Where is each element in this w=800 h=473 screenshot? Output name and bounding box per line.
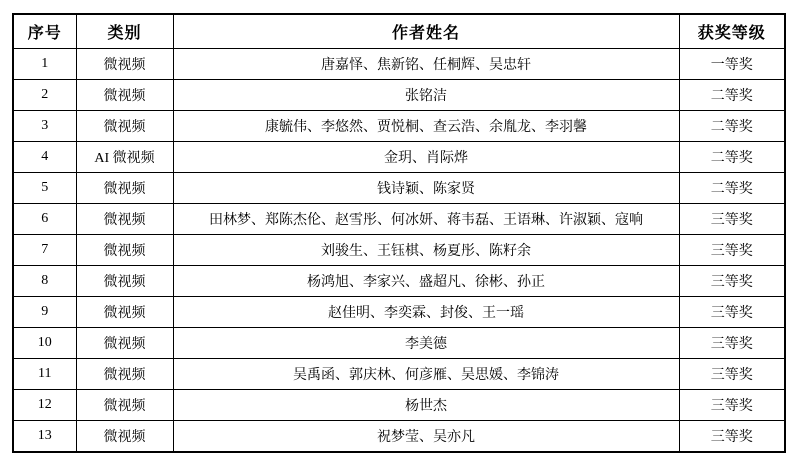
cell-category: AI 微视频 xyxy=(76,142,173,173)
table-row: 4AI 微视频金玥、肖际烨二等奖 xyxy=(13,142,785,173)
cell-authors: 唐嘉怿、焦新铭、任桐辉、吴忠轩 xyxy=(173,49,679,80)
table-row: 10微视频李美德三等奖 xyxy=(13,328,785,359)
cell-award: 二等奖 xyxy=(679,111,785,142)
table-row: 6微视频田林梦、郑陈杰伦、赵雪彤、何冰妍、蒋韦磊、王语琳、许淑颖、寇响三等奖 xyxy=(13,204,785,235)
cell-award: 二等奖 xyxy=(679,173,785,204)
cell-award: 三等奖 xyxy=(679,328,785,359)
cell-category: 微视频 xyxy=(76,421,173,453)
table-row: 1微视频唐嘉怿、焦新铭、任桐辉、吴忠轩一等奖 xyxy=(13,49,785,80)
cell-no: 5 xyxy=(13,173,76,204)
cell-authors: 李美德 xyxy=(173,328,679,359)
cell-category: 微视频 xyxy=(76,111,173,142)
cell-authors: 张铭洁 xyxy=(173,80,679,111)
column-header-award: 获奖等级 xyxy=(679,14,785,49)
cell-authors: 金玥、肖际烨 xyxy=(173,142,679,173)
table-row: 2微视频张铭洁二等奖 xyxy=(13,80,785,111)
table-body: 1微视频唐嘉怿、焦新铭、任桐辉、吴忠轩一等奖2微视频张铭洁二等奖3微视频康毓伟、… xyxy=(13,49,785,453)
table-row: 13微视频祝梦莹、吴亦凡三等奖 xyxy=(13,421,785,453)
cell-no: 3 xyxy=(13,111,76,142)
cell-award: 三等奖 xyxy=(679,390,785,421)
cell-award: 二等奖 xyxy=(679,80,785,111)
cell-award: 三等奖 xyxy=(679,359,785,390)
column-header-no: 序号 xyxy=(13,14,76,49)
cell-no: 7 xyxy=(13,235,76,266)
table-row: 8微视频杨鸿旭、李家兴、盛超凡、徐彬、孙正三等奖 xyxy=(13,266,785,297)
cell-authors: 钱诗颖、陈家贤 xyxy=(173,173,679,204)
table-row: 3微视频康毓伟、李悠然、贾悦桐、查云浩、余胤龙、李羽馨二等奖 xyxy=(13,111,785,142)
cell-no: 1 xyxy=(13,49,76,80)
table-row: 12微视频杨世杰三等奖 xyxy=(13,390,785,421)
cell-authors: 祝梦莹、吴亦凡 xyxy=(173,421,679,453)
cell-authors: 杨鸿旭、李家兴、盛超凡、徐彬、孙正 xyxy=(173,266,679,297)
cell-award: 三等奖 xyxy=(679,297,785,328)
cell-authors: 康毓伟、李悠然、贾悦桐、查云浩、余胤龙、李羽馨 xyxy=(173,111,679,142)
cell-award: 三等奖 xyxy=(679,266,785,297)
table-row: 9微视频赵佳明、李奕霖、封俊、王一瑶三等奖 xyxy=(13,297,785,328)
cell-no: 9 xyxy=(13,297,76,328)
cell-category: 微视频 xyxy=(76,359,173,390)
cell-category: 微视频 xyxy=(76,266,173,297)
cell-award: 一等奖 xyxy=(679,49,785,80)
cell-authors: 田林梦、郑陈杰伦、赵雪彤、何冰妍、蒋韦磊、王语琳、许淑颖、寇响 xyxy=(173,204,679,235)
cell-award: 三等奖 xyxy=(679,421,785,453)
column-header-category: 类别 xyxy=(76,14,173,49)
document-page: 序号 类别 作者姓名 获奖等级 1微视频唐嘉怿、焦新铭、任桐辉、吴忠轩一等奖2微… xyxy=(0,0,800,473)
cell-authors: 杨世杰 xyxy=(173,390,679,421)
cell-category: 微视频 xyxy=(76,235,173,266)
cell-award: 三等奖 xyxy=(679,235,785,266)
cell-award: 三等奖 xyxy=(679,204,785,235)
cell-no: 6 xyxy=(13,204,76,235)
awards-table: 序号 类别 作者姓名 获奖等级 1微视频唐嘉怿、焦新铭、任桐辉、吴忠轩一等奖2微… xyxy=(12,13,786,453)
cell-no: 10 xyxy=(13,328,76,359)
cell-category: 微视频 xyxy=(76,297,173,328)
header-row: 序号 类别 作者姓名 获奖等级 xyxy=(13,14,785,49)
cell-authors: 赵佳明、李奕霖、封俊、王一瑶 xyxy=(173,297,679,328)
cell-authors: 刘骏生、王钰棋、杨夏彤、陈籽余 xyxy=(173,235,679,266)
cell-category: 微视频 xyxy=(76,80,173,111)
table-row: 7微视频刘骏生、王钰棋、杨夏彤、陈籽余三等奖 xyxy=(13,235,785,266)
cell-no: 2 xyxy=(13,80,76,111)
column-header-authors: 作者姓名 xyxy=(173,14,679,49)
table-row: 5微视频钱诗颖、陈家贤二等奖 xyxy=(13,173,785,204)
cell-category: 微视频 xyxy=(76,204,173,235)
cell-category: 微视频 xyxy=(76,328,173,359)
cell-category: 微视频 xyxy=(76,49,173,80)
cell-award: 二等奖 xyxy=(679,142,785,173)
cell-category: 微视频 xyxy=(76,173,173,204)
cell-no: 11 xyxy=(13,359,76,390)
cell-category: 微视频 xyxy=(76,390,173,421)
cell-authors: 吴禹函、郭庆林、何彦雁、吴思媛、李锦涛 xyxy=(173,359,679,390)
cell-no: 13 xyxy=(13,421,76,453)
cell-no: 4 xyxy=(13,142,76,173)
cell-no: 8 xyxy=(13,266,76,297)
cell-no: 12 xyxy=(13,390,76,421)
table-row: 11微视频吴禹函、郭庆林、何彦雁、吴思媛、李锦涛三等奖 xyxy=(13,359,785,390)
